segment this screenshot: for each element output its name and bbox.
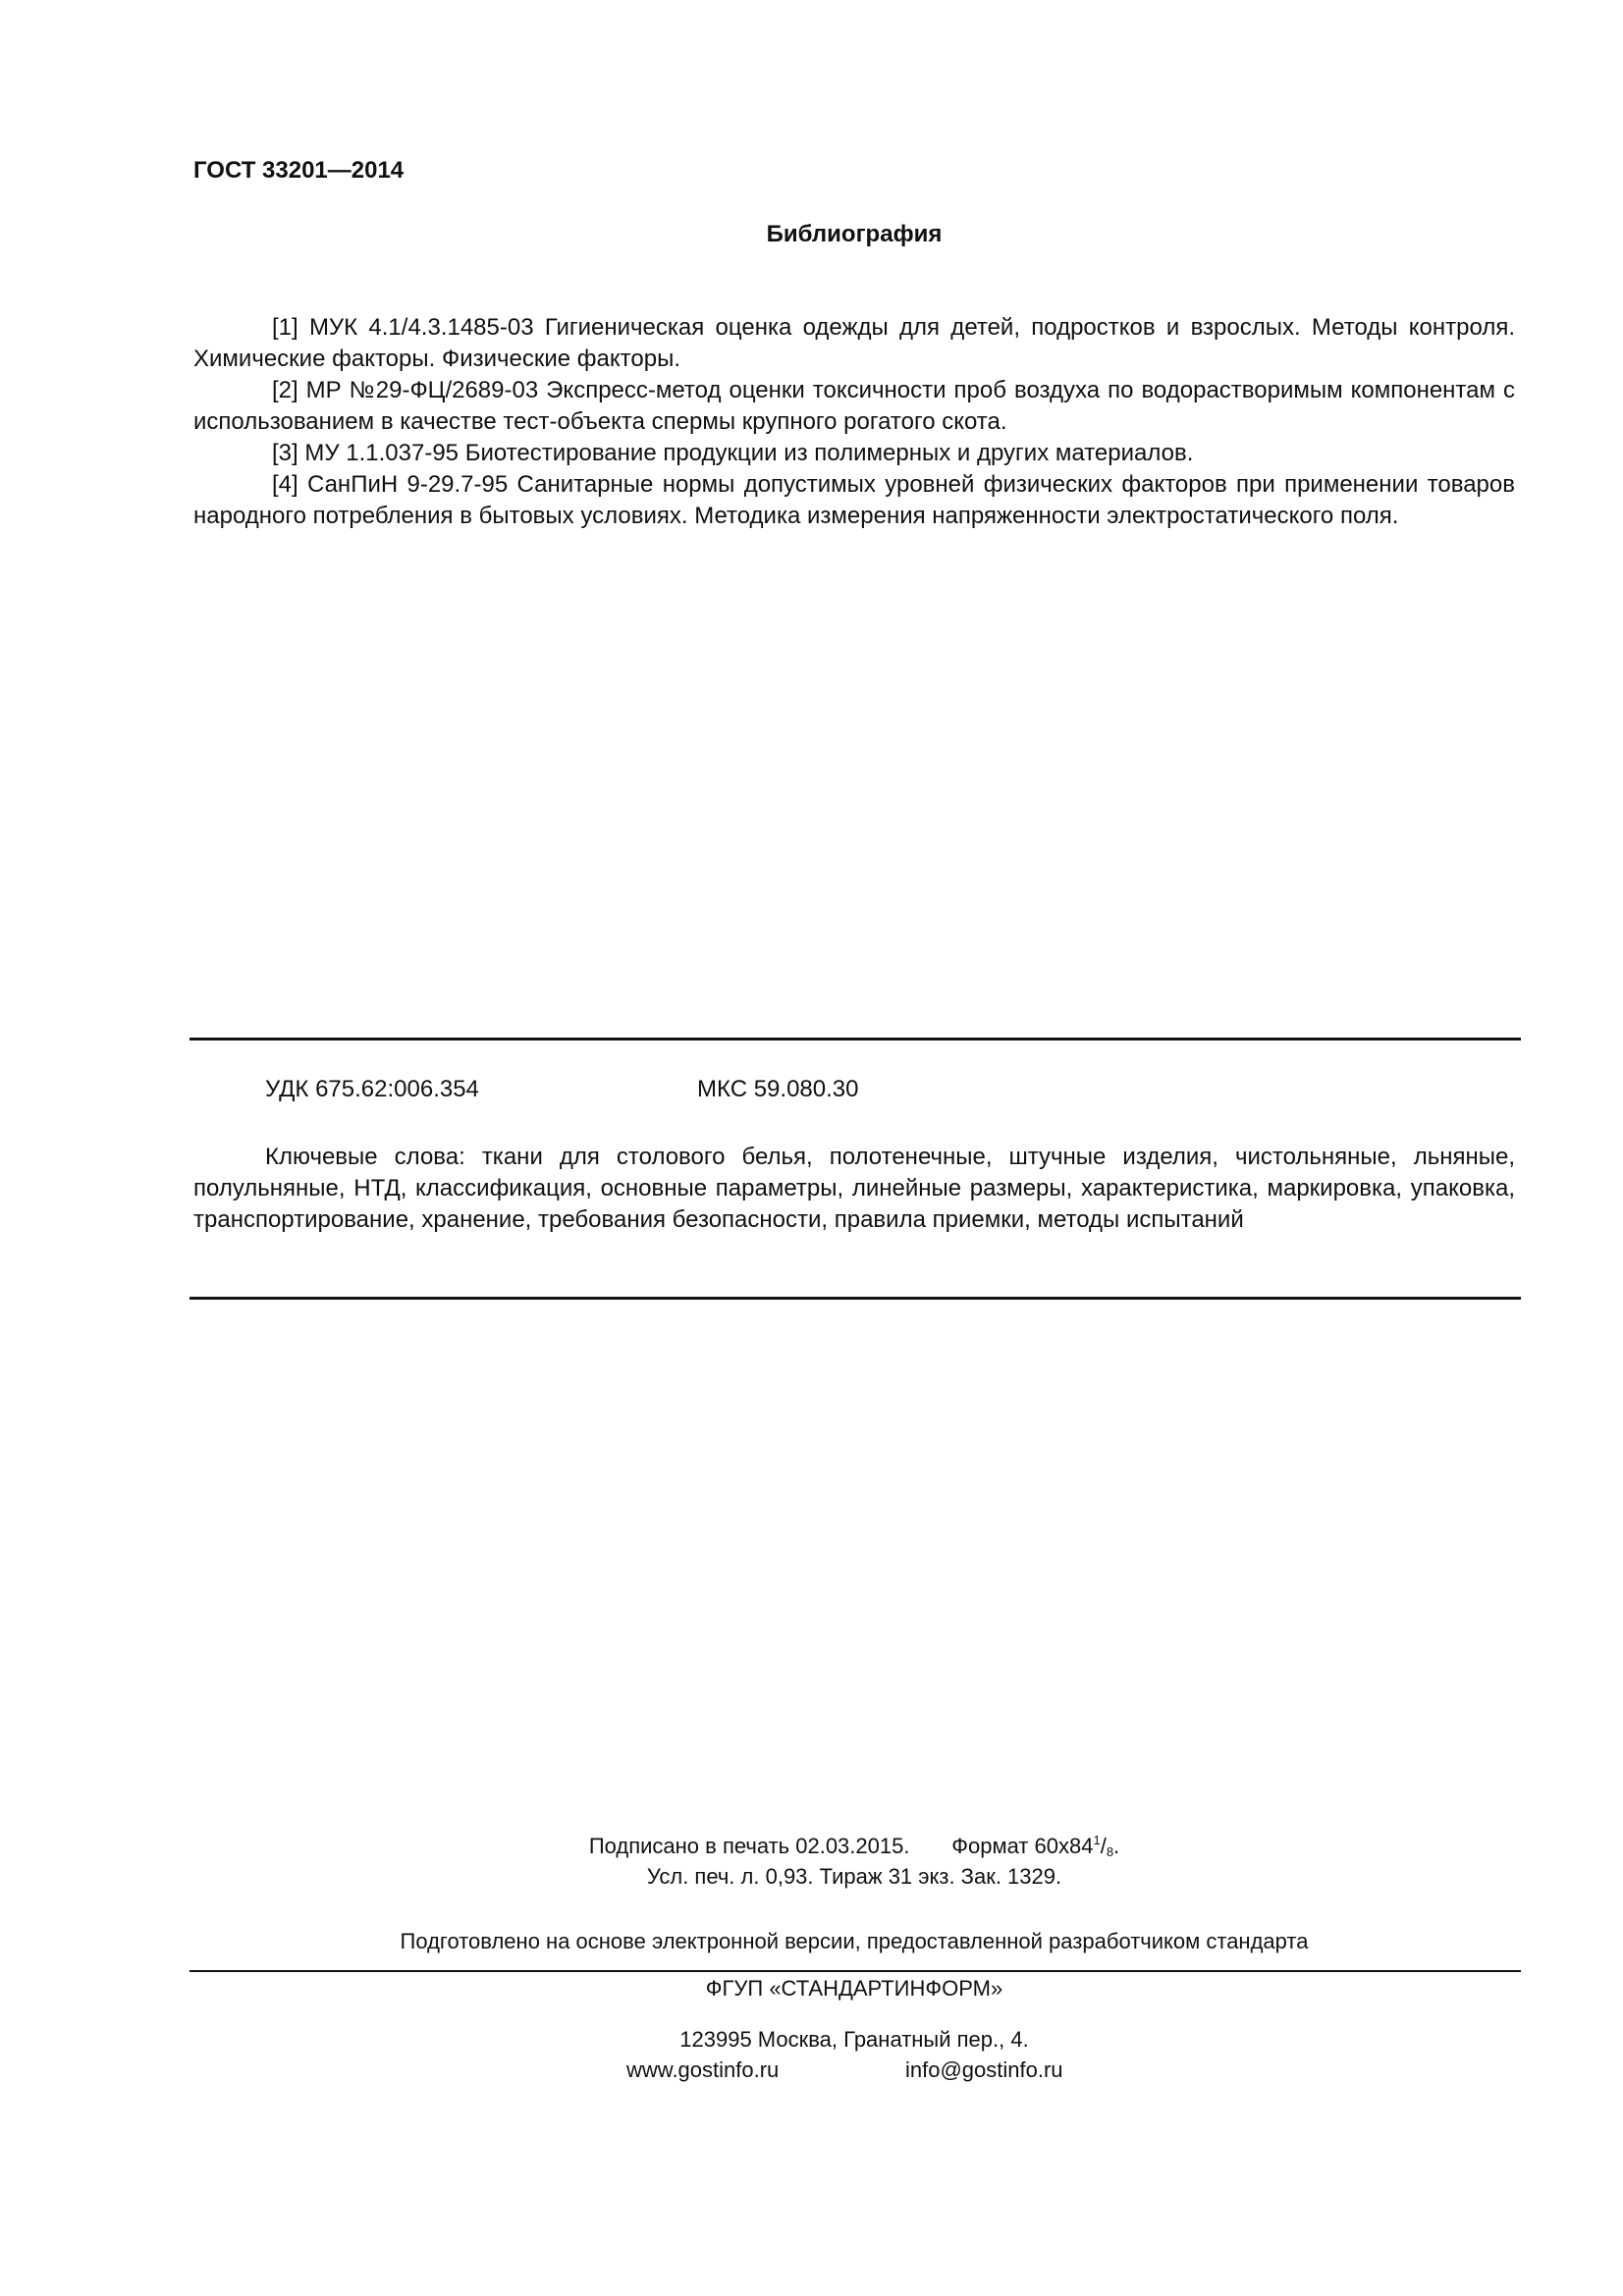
divider — [189, 1297, 1521, 1300]
bibliography-entry: [2] МР №29-ФЦ/2689-03 Экспресс-метод оце… — [193, 375, 1515, 438]
website-link[interactable]: www.gostinfo.ru — [626, 2057, 779, 2083]
imprint-signed-line: Подписано в печать 02.03.2015. Формат 60… — [0, 1833, 1623, 1859]
keywords-text: Ключевые слова: ткани для столового бель… — [193, 1142, 1515, 1236]
mks-code: МКС 59.080.30 — [697, 1076, 858, 1103]
format-label: Формат 60х84 — [951, 1834, 1093, 1858]
divider — [189, 1038, 1521, 1041]
divider — [189, 1970, 1521, 1972]
prepared-note: Подготовлено на основе электронной верси… — [0, 1929, 1623, 1954]
keywords-block: Ключевые слова: ткани для столового бель… — [193, 1142, 1515, 1236]
print-details: Усл. печ. л. 0,93. Тираж 31 экз. Зак. 13… — [0, 1864, 1623, 1890]
format-denominator: 8 — [1107, 1844, 1113, 1859]
format-numerator: 1 — [1093, 1833, 1100, 1847]
signed-date: Подписано в печать 02.03.2015. — [589, 1834, 910, 1858]
bibliography-entry: [1] МУК 4.1/4.3.1485-03 Гигиеническая оц… — [193, 312, 1515, 375]
bibliography-entry: [4] СанПиН 9-29.7-95 Санитарные нормы до… — [193, 469, 1515, 532]
publisher-address: 123995 Москва, Гранатный пер., 4. — [0, 2027, 1623, 2053]
section-title: Библиография — [0, 221, 1623, 248]
format-period: . — [1113, 1834, 1119, 1858]
publisher-name: ФГУП «СТАНДАРТИНФОРМ» — [0, 1976, 1623, 2002]
document-id: ГОСТ 33201—2014 — [193, 157, 404, 185]
bibliography-entry: [3] МУ 1.1.037-95 Биотестирование продук… — [193, 438, 1515, 469]
udk-code: УДК 675.62:006.354 — [265, 1076, 479, 1103]
email-link[interactable]: info@gostinfo.ru — [905, 2057, 1063, 2083]
bibliography-list: [1] МУК 4.1/4.3.1485-03 Гигиеническая оц… — [193, 312, 1515, 532]
